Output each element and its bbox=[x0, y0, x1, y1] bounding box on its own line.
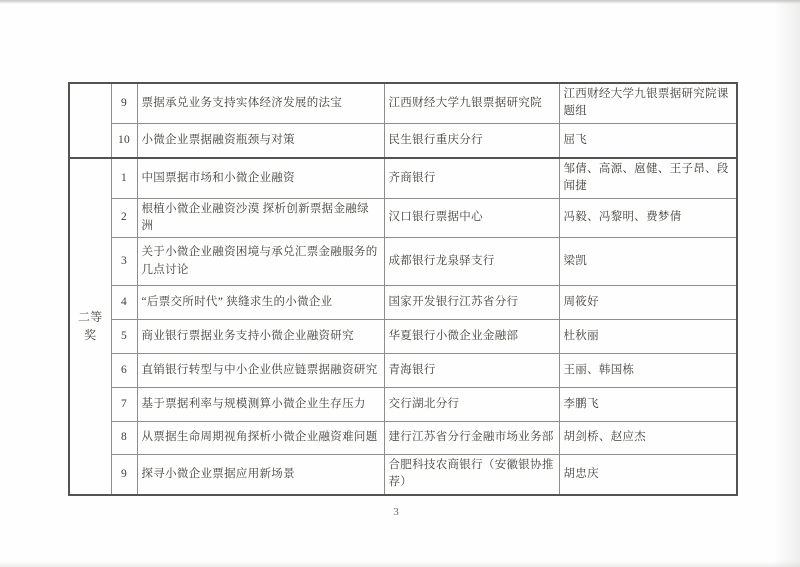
award-table: 9 票据承兑业务支持实体经济发展的法宝 江西财经大学九银票据研究院 江西财经大学… bbox=[68, 82, 738, 496]
org-cell: 民生银行重庆分行 bbox=[384, 123, 559, 158]
table-row: 5 商业银行票据业务支持小微企业融资研究 华夏银行小微企业金融部 杜秋丽 bbox=[69, 320, 737, 354]
org-cell: 成都银行龙泉驿支行 bbox=[384, 238, 559, 286]
title-cell: 探寻小微企业票据应用新场景 bbox=[137, 455, 384, 495]
org-cell: 国家开发银行江苏省分行 bbox=[384, 286, 559, 320]
org-cell: 交行湖北分行 bbox=[384, 388, 559, 422]
authors-cell: 周筱好 bbox=[559, 286, 737, 320]
scan-edge-right bbox=[774, 0, 800, 567]
rank-cell: 3 bbox=[111, 238, 137, 286]
rank-cell: 9 bbox=[111, 455, 137, 495]
authors-cell: 江西财经大学九银票据研究院课题组 bbox=[559, 83, 737, 123]
org-cell: 建行江苏省分行金融市场业务部 bbox=[384, 422, 559, 455]
table-row: 7 基于票据利率与规模测算小微企业生存压力 交行湖北分行 李鹏飞 bbox=[69, 388, 737, 422]
authors-cell: 邹倩、高源、扈健、王子昂、段闻捷 bbox=[559, 158, 737, 198]
org-cell: 青海银行 bbox=[384, 354, 559, 388]
rank-cell: 7 bbox=[111, 388, 137, 422]
category-cell bbox=[69, 83, 111, 158]
table-row: 9 探寻小微企业票据应用新场景 合肥科技农商银行（安徽银协推荐） 胡忠庆 bbox=[69, 455, 737, 495]
title-cell: 从票据生命周期视角探析小微企业融资难问题 bbox=[137, 422, 384, 455]
title-cell: 直销银行转型与中小企业供应链票据融资研究 bbox=[137, 354, 384, 388]
authors-cell: 胡剑桥、赵应杰 bbox=[559, 422, 737, 455]
authors-cell: 胡忠庆 bbox=[559, 455, 737, 495]
document-page: 9 票据承兑业务支持实体经济发展的法宝 江西财经大学九银票据研究院 江西财经大学… bbox=[0, 0, 800, 567]
rank-cell: 6 bbox=[111, 354, 137, 388]
title-cell: 关于小微企业融资困境与承兑汇票金融服务的几点讨论 bbox=[137, 238, 384, 286]
title-cell: 小微企业票据融资瓶颈与对策 bbox=[137, 123, 384, 158]
table-row: 二等奖 1 中国票据市场和小微企业融资 齐商银行 邹倩、高源、扈健、王子昂、段闻… bbox=[69, 158, 737, 198]
table-row: 8 从票据生命周期视角探析小微企业融资难问题 建行江苏省分行金融市场业务部 胡剑… bbox=[69, 422, 737, 455]
authors-cell: 李鹏飞 bbox=[559, 388, 737, 422]
page-number: 3 bbox=[388, 506, 404, 518]
authors-cell: 冯毅、冯黎明、费梦倩 bbox=[559, 198, 737, 238]
authors-cell: 梁凯 bbox=[559, 238, 737, 286]
authors-cell: 杜秋丽 bbox=[559, 320, 737, 354]
table-row: 3 关于小微企业融资困境与承兑汇票金融服务的几点讨论 成都银行龙泉驿支行 梁凯 bbox=[69, 238, 737, 286]
rank-cell: 5 bbox=[111, 320, 137, 354]
title-cell: 基于票据利率与规模测算小微企业生存压力 bbox=[137, 388, 384, 422]
org-cell: 江西财经大学九银票据研究院 bbox=[384, 83, 559, 123]
scan-edge-top bbox=[0, 0, 800, 4]
org-cell: 合肥科技农商银行（安徽银协推荐） bbox=[384, 455, 559, 495]
rank-cell: 2 bbox=[111, 198, 137, 238]
table-row: 6 直销银行转型与中小企业供应链票据融资研究 青海银行 王丽、韩国栋 bbox=[69, 354, 737, 388]
table-row: 2 根植小微企业融资沙漠 探析创新票据金融绿洲 汉口银行票据中心 冯毅、冯黎明、… bbox=[69, 198, 737, 238]
org-cell: 齐商银行 bbox=[384, 158, 559, 198]
title-cell: 商业银行票据业务支持小微企业融资研究 bbox=[137, 320, 384, 354]
rank-cell: 8 bbox=[111, 422, 137, 455]
rank-cell: 4 bbox=[111, 286, 137, 320]
table-row: 4 “后票交所时代” 狭缝求生的小微企业 国家开发银行江苏省分行 周筱好 bbox=[69, 286, 737, 320]
rank-cell: 9 bbox=[111, 83, 137, 123]
authors-cell: 王丽、韩国栋 bbox=[559, 354, 737, 388]
org-cell: 华夏银行小微企业金融部 bbox=[384, 320, 559, 354]
authors-cell: 屈飞 bbox=[559, 123, 737, 158]
category-cell: 二等奖 bbox=[69, 158, 111, 495]
table-row: 10 小微企业票据融资瓶颈与对策 民生银行重庆分行 屈飞 bbox=[69, 123, 737, 158]
org-cell: 汉口银行票据中心 bbox=[384, 198, 559, 238]
title-cell: 票据承兑业务支持实体经济发展的法宝 bbox=[137, 83, 384, 123]
table-row: 9 票据承兑业务支持实体经济发展的法宝 江西财经大学九银票据研究院 江西财经大学… bbox=[69, 83, 737, 123]
title-cell: 中国票据市场和小微企业融资 bbox=[137, 158, 384, 198]
title-cell: “后票交所时代” 狭缝求生的小微企业 bbox=[137, 286, 384, 320]
title-cell: 根植小微企业融资沙漠 探析创新票据金融绿洲 bbox=[137, 198, 384, 238]
rank-cell: 1 bbox=[111, 158, 137, 198]
rank-cell: 10 bbox=[111, 123, 137, 158]
scan-edge-bottom bbox=[0, 561, 800, 567]
